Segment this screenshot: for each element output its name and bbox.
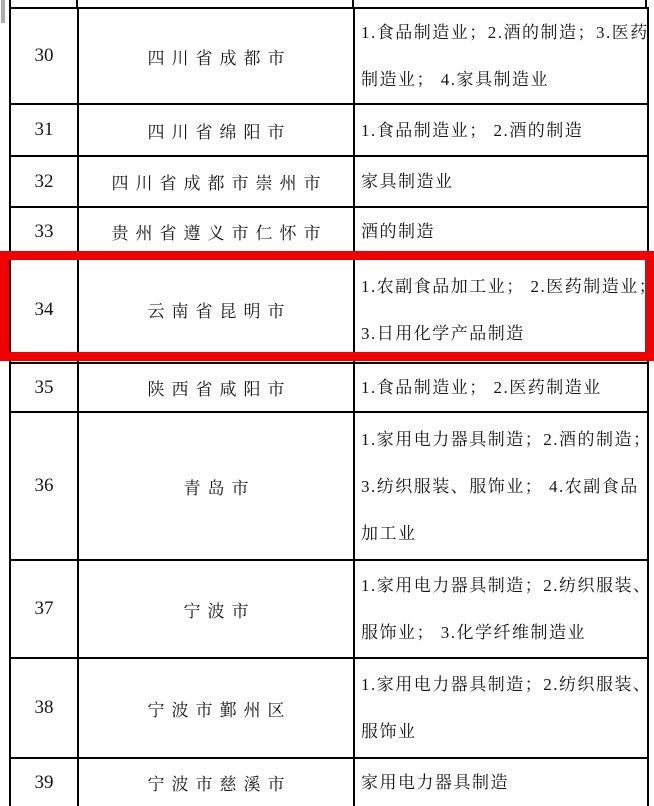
city-cell: 四川省成都市: [78, 8, 354, 104]
table-row: 36 青岛市 1.家用电力器具制造；2.酒的制造；3.纺织服装、服饰业； 4.农…: [10, 412, 648, 560]
table-row: 35 陕西省咸阳市 1.食品制造业； 2.医药制造业: [10, 363, 648, 412]
table-row: 38 宁波市鄞州区 1.家用电力器具制造；2.纺织服装、服饰业: [10, 658, 648, 758]
row-number-cell: 39: [10, 758, 78, 806]
industry-text: 1.家用电力器具制造；2.纺织服装、服饰业； 3.化学纤维制造业: [361, 562, 645, 656]
industry-text: 家具制造业: [361, 158, 645, 205]
document-page: 30 四川省成都市 1.食品制造业；2.酒的制造；3.医药制造业； 4.家具制造…: [0, 0, 654, 806]
industry-cell: 1.家用电力器具制造；2.纺织服装、服饰业: [354, 658, 648, 758]
row-number-cell: 36: [10, 412, 78, 560]
row-number-cell: 31: [10, 104, 78, 156]
city-cell: 云南省昆明市: [78, 256, 354, 363]
industry-text: 1.食品制造业； 2.医药制造业: [361, 364, 645, 411]
industry-cell: 1.农副食品加工业； 2.医药制造业；3.日用化学产品制造: [354, 256, 648, 363]
table-row: 31 四川省绵阳市 1.食品制造业； 2.酒的制造: [10, 104, 648, 156]
table-row: 39 宁波市慈溪市 家用电力器具制造: [10, 758, 648, 806]
industry-cell: 1.家用电力器具制造；2.酒的制造；3.纺织服装、服饰业； 4.农副食品加工业: [354, 412, 648, 560]
industry-text: 1.家用电力器具制造；2.纺织服装、服饰业: [361, 661, 645, 755]
city-industry-table: 30 四川省成都市 1.食品制造业；2.酒的制造；3.医药制造业； 4.家具制造…: [9, 7, 649, 806]
industry-text: 家用电力器具制造: [361, 759, 645, 806]
table-row: 37 宁波市 1.家用电力器具制造；2.纺织服装、服饰业； 3.化学纤维制造业: [10, 560, 648, 658]
industry-cell: 1.食品制造业； 2.酒的制造: [354, 104, 648, 156]
industry-cell: 家具制造业: [354, 156, 648, 207]
city-cell: 宁波市慈溪市: [78, 758, 354, 806]
row-number-cell: 37: [10, 560, 78, 658]
city-cell: 宁波市: [78, 560, 354, 658]
table-row: 33 贵州省遵义市仁怀市 酒的制造: [10, 207, 648, 256]
city-cell: 青岛市: [78, 412, 354, 560]
row-number-cell: 35: [10, 363, 78, 412]
industry-cell: 家用电力器具制造: [354, 758, 648, 806]
table-row: 32 四川省成都市崇州市 家具制造业: [10, 156, 648, 207]
row-number-cell: 33: [10, 207, 78, 256]
row-number-cell: 32: [10, 156, 78, 207]
industry-cell: 酒的制造: [354, 207, 648, 256]
table-row: 30 四川省成都市 1.食品制造业；2.酒的制造；3.医药制造业； 4.家具制造…: [10, 8, 648, 104]
city-cell: 四川省绵阳市: [78, 104, 354, 156]
city-cell: 陕西省咸阳市: [78, 363, 354, 412]
industry-text: 1.食品制造业； 2.酒的制造: [361, 107, 645, 154]
city-cell: 宁波市鄞州区: [78, 658, 354, 758]
industry-text: 1.食品制造业；2.酒的制造；3.医药制造业； 4.家具制造业: [361, 9, 645, 103]
row-number-cell: 30: [10, 8, 78, 104]
city-cell: 四川省成都市崇州市: [78, 156, 354, 207]
city-cell: 贵州省遵义市仁怀市: [78, 207, 354, 256]
industry-text: 1.农副食品加工业； 2.医药制造业；3.日用化学产品制造: [361, 263, 645, 357]
row-number-cell: 38: [10, 658, 78, 758]
industry-text: 1.家用电力器具制造；2.酒的制造；3.纺织服装、服饰业； 4.农副食品加工业: [361, 416, 645, 557]
industry-cell: 1.食品制造业；2.酒的制造；3.医药制造业； 4.家具制造业: [354, 8, 648, 104]
industry-cell: 1.家用电力器具制造；2.纺织服装、服饰业； 3.化学纤维制造业: [354, 560, 648, 658]
industry-text: 酒的制造: [361, 208, 645, 255]
table-row-highlighted: 34 云南省昆明市 1.农副食品加工业； 2.医药制造业；3.日用化学产品制造: [10, 256, 648, 363]
page-edge-artifact: [1, 0, 5, 23]
industry-cell: 1.食品制造业； 2.医药制造业: [354, 363, 648, 412]
row-number-cell: 34: [10, 256, 78, 363]
